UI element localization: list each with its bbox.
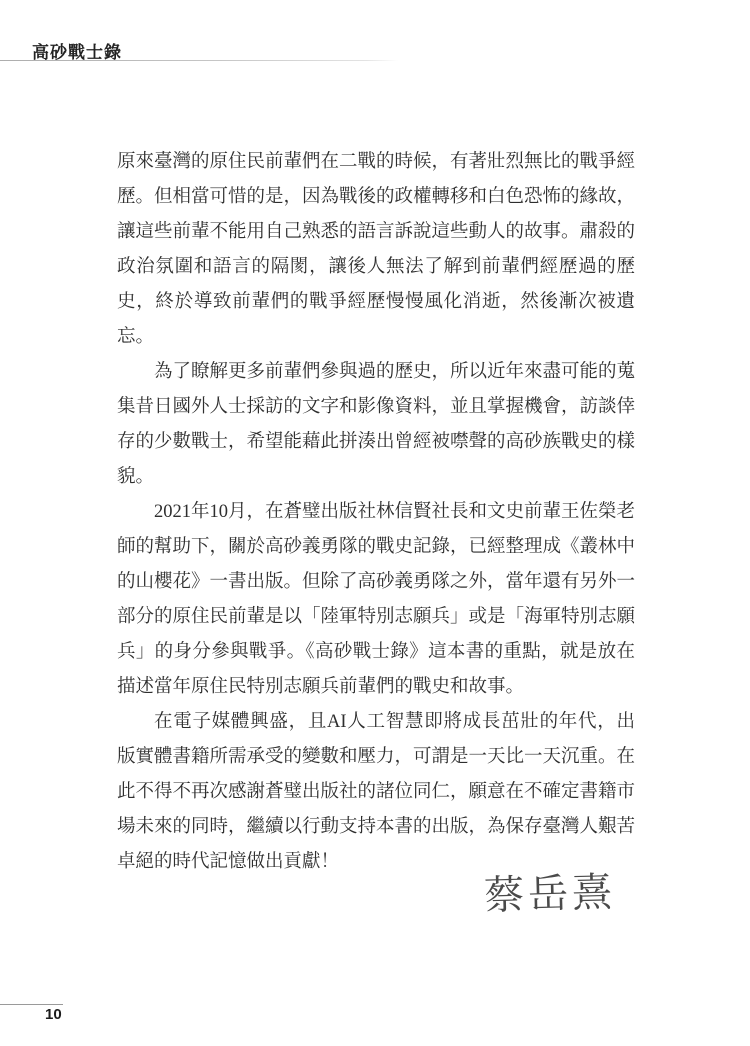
paragraph: 原來臺灣的原住民前輩們在二戰的時候，有著壯烈無比的戰爭經歷。但相當可惜的是，因為…: [117, 145, 635, 355]
book-page: 高砂戰士錄 原來臺灣的原住民前輩們在二戰的時候，有著壯烈無比的戰爭經歷。但相當可…: [0, 0, 750, 1046]
body-text: 原來臺灣的原住民前輩們在二戰的時候，有著壯烈無比的戰爭經歷。但相當可惜的是，因為…: [117, 145, 635, 880]
footer-rule: [0, 1004, 63, 1005]
author-signature: 蔡岳熹: [483, 860, 644, 921]
paragraph: 2021年10月，在蒼璧出版社林信賢社長和文史前輩王佐榮老師的幫助下，關於高砂義…: [117, 495, 635, 705]
paragraph: 為了瞭解更多前輩們參與過的歷史，所以近年來盡可能的蒐集昔日國外人士採訪的文字和影…: [117, 355, 635, 495]
paragraph: 在電子媒體興盛，且AI人工智慧即將成長茁壯的年代，出版實體書籍所需承受的變數和壓…: [117, 705, 635, 880]
header-rule: [0, 60, 398, 61]
page-number: 10: [45, 1006, 62, 1023]
